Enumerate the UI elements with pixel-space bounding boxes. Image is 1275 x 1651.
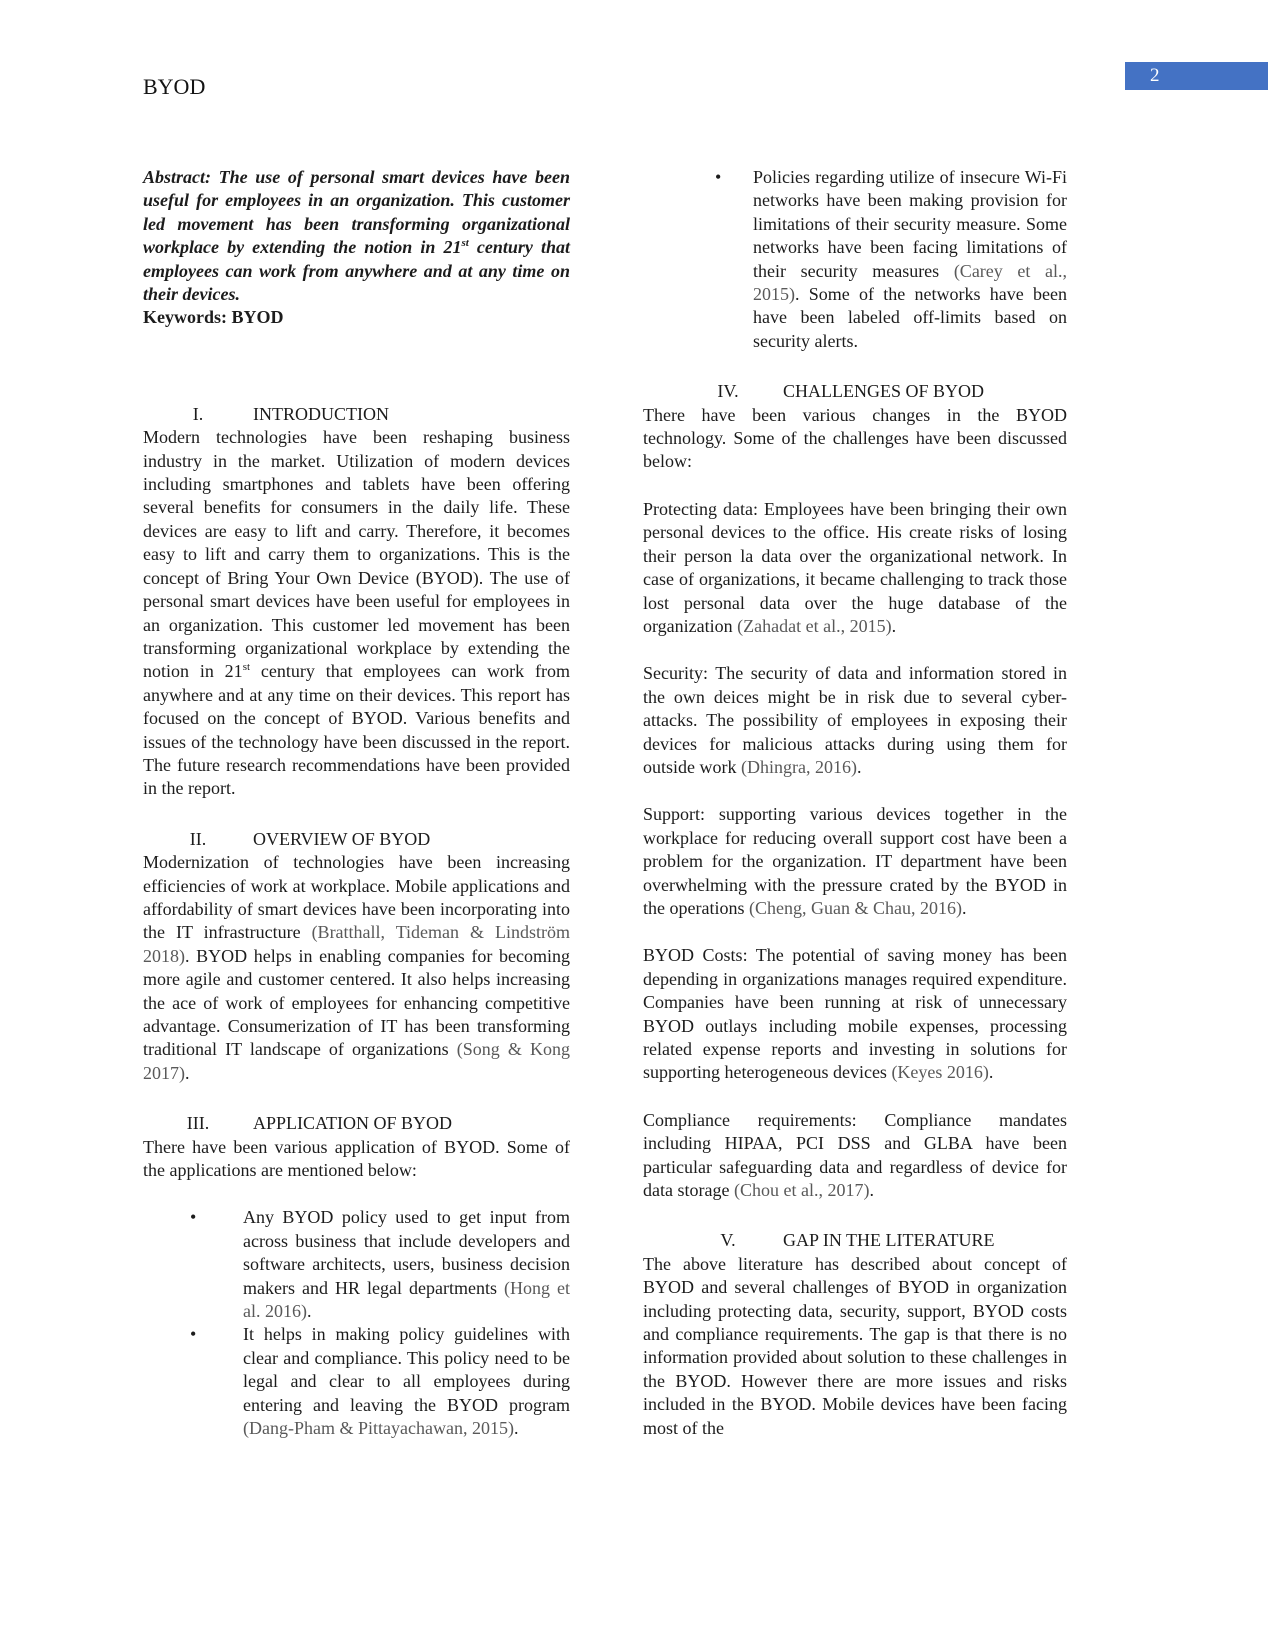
byod-costs-paragraph: BYOD Costs: The potential of saving mone… [643,944,1067,1084]
text-run: . [892,616,897,636]
introduction-paragraph: Modern technologies have been reshaping … [143,426,570,801]
citation: (Keyes 2016) [891,1062,988,1082]
text-run: There have been various application of B… [143,1137,570,1180]
text-run: . [185,1063,190,1083]
section-number: III. [143,1112,253,1135]
text-run: . Some of the networks have been have be… [753,284,1067,351]
bullet-icon: • [715,166,753,353]
citation: (Dhingra, 2016) [741,757,857,777]
superscript: st [243,661,250,673]
section-heading: III.APPLICATION OF BYOD [143,1112,570,1135]
right-column: •Policies regarding utilize of insecure … [643,166,1067,1464]
citation: (Cheng, Guan & Chau, 2016) [749,898,962,918]
section-heading: I.INTRODUCTION [143,403,570,426]
text-run: century that employees can work from any… [143,661,570,798]
section-heading: V.GAP IN THE LITERATURE [643,1229,1067,1252]
section-number: IV. [673,380,783,403]
challenges-intro-paragraph: There have been various changes in the B… [643,404,1067,474]
list-item-text: Policies regarding utilize of insecure W… [753,166,1067,353]
page-number: 2 [1150,65,1160,86]
text-run: The above literature has described about… [643,1254,1067,1438]
section-number: V. [673,1229,783,1252]
bullet-icon: • [190,1323,243,1440]
list-item-text: Any BYOD policy used to get input from a… [243,1206,570,1323]
section-title: INTRODUCTION [253,403,389,426]
citation: (Zahadat et al., 2015) [737,616,891,636]
security-paragraph: Security: The security of data and infor… [643,662,1067,779]
list-item-text: It helps in making policy guidelines wit… [243,1323,570,1440]
section-title: GAP IN THE LITERATURE [783,1229,994,1252]
support-paragraph: Support: supporting various devices toge… [643,803,1067,920]
gap-paragraph: The above literature has described about… [643,1253,1067,1440]
section-title: OVERVIEW OF BYOD [253,828,430,851]
section-title: CHALLENGES OF BYOD [783,380,984,403]
application-intro-paragraph: There have been various application of B… [143,1136,570,1183]
text-run: Modern technologies have been reshaping … [143,427,570,681]
section-number: I. [143,403,253,426]
text-run: Keywords: BYOD [143,307,284,327]
text-run: . [514,1418,519,1438]
keywords-line: Keywords: BYOD [143,306,570,329]
abstract-paragraph: Abstract: The use of personal smart devi… [143,166,570,306]
citation: (Chou et al., 2017) [734,1180,869,1200]
bullet-list: •Any BYOD policy used to get input from … [143,1206,570,1440]
section-heading: II.OVERVIEW OF BYOD [143,828,570,851]
section-number: II. [143,828,253,851]
text-run: . [857,757,862,777]
bullet-icon: • [190,1206,243,1323]
text-run: . [962,898,967,918]
text-run: . [989,1062,994,1082]
protecting-data-paragraph: Protecting data: Employees have been bri… [643,498,1067,638]
superscript: st [461,237,468,249]
page-title: BYOD [143,74,205,100]
page-number-badge: 2 [1125,62,1268,90]
section-title: APPLICATION OF BYOD [253,1112,452,1135]
bullet-list: •Policies regarding utilize of insecure … [643,166,1067,353]
list-item: •Policies regarding utilize of insecure … [643,166,1067,353]
overview-paragraph: Modernization of technologies have been … [143,851,570,1085]
compliance-paragraph: Compliance requirements: Compliance mand… [643,1109,1067,1203]
text-run: . [307,1301,312,1321]
text-run: BYOD Costs: The potential of saving mone… [643,945,1067,1082]
list-item: •It helps in making policy guidelines wi… [143,1323,570,1440]
section-heading: IV.CHALLENGES OF BYOD [643,380,1067,403]
list-item: •Any BYOD policy used to get input from … [143,1206,570,1323]
text-run: . [869,1180,874,1200]
left-column: Abstract: The use of personal smart devi… [143,166,570,1465]
citation: (Dang-Pham & Pittayachawan, 2015) [243,1418,514,1438]
text-run: There have been various changes in the B… [643,405,1067,472]
text-run: It helps in making policy guidelines wit… [243,1324,570,1414]
document-page: BYOD 2 Abstract: The use of personal sma… [0,0,1275,1651]
